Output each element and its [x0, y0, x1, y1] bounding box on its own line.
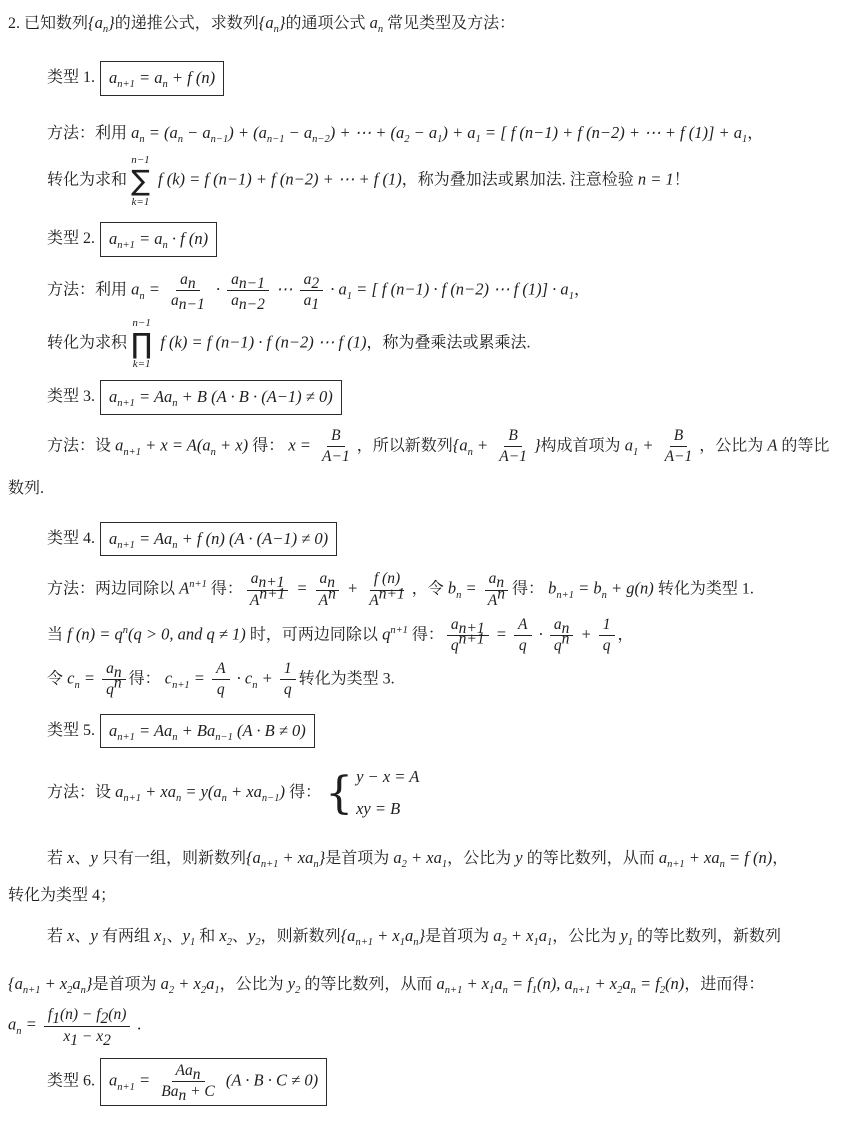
text-run: ，称为叠加法或累加法. 注意检验	[402, 172, 634, 189]
subscript: n+1	[573, 986, 591, 997]
text-run: 常见类型及方法：	[383, 15, 515, 32]
text-run: 方法：设	[47, 784, 111, 801]
math-run: (n) − f	[60, 1006, 101, 1023]
math-run: +	[473, 435, 492, 454]
math-run: + x	[590, 974, 617, 993]
type-3-method-line-1: 方法：设 an+1 + x = A(an + x) 得： x = BA−1，所以…	[8, 427, 842, 467]
fraction-denominator: An	[484, 591, 509, 610]
text-run: ，公比为	[220, 976, 284, 993]
cases-system: {y − x = Axy = B	[325, 764, 419, 823]
type-5-result-formula: an = f1(n) − f2(n)x1 − x2 .	[8, 1006, 842, 1046]
math-run: = (a	[145, 123, 178, 142]
math-run: a	[494, 974, 502, 993]
type-1-method-line-2: 转化为求和n−1∑k=1 f (k) = f (n−1) + f (n−2) +…	[8, 154, 842, 208]
math-run: · c	[233, 668, 253, 687]
text-run: 的等比数列，从而	[300, 976, 432, 993]
text-run: 的递推公式，求数列	[115, 15, 259, 32]
math-run: = [ f (n−1) + f (n−2) + ⋯ + f (1)] + a	[481, 123, 742, 142]
math-run: 1	[284, 660, 292, 677]
math-run: (q > 0, and q ≠ 1)	[128, 625, 250, 644]
text-run: 类型 6.	[47, 1073, 95, 1090]
text-run: 、	[74, 850, 90, 867]
subscript: n+1	[117, 1082, 135, 1093]
boxed-formula: an+1 = Aan + B (A · B · (A−1) ≠ 0)	[100, 380, 342, 415]
text-run: 是首项为	[325, 850, 389, 867]
text-run: 方法：两边同除以	[47, 581, 175, 598]
math-run: +	[343, 579, 362, 598]
text-run: 若	[47, 928, 63, 945]
text-run: 、	[167, 928, 183, 945]
text-run: 类型 2.	[47, 230, 95, 247]
type-3-heading: 类型 3.an+1 = Aan + B (A · B · (A−1) ≠ 0)	[8, 380, 842, 415]
type-2-method-line-2: 转化为求积n−1∏k=1 f (k) = f (n−1) · f (n−2) ⋯…	[8, 317, 842, 371]
math-run: ⋯	[272, 279, 297, 298]
math-run: =	[80, 668, 99, 687]
math-run: A−1	[322, 448, 350, 465]
math-run: a	[622, 974, 630, 993]
math-run: =	[135, 1071, 154, 1090]
fraction-numerator: a2	[300, 271, 324, 291]
cases-row: y − x = A	[356, 764, 419, 791]
math-run: A	[763, 435, 781, 454]
subscript: n+1	[667, 859, 685, 870]
boxed-formula: an+1 = Aan + f (n) (A · (A−1) ≠ 0)	[100, 522, 337, 557]
math-run: B	[508, 427, 517, 444]
math-run: q	[519, 637, 527, 654]
text-run: 2. 已知数列	[8, 15, 88, 32]
math-run: + x	[174, 974, 201, 993]
fraction-denominator: a1	[300, 291, 324, 310]
subscript: n+1	[445, 986, 463, 997]
math-run: A−1	[665, 448, 693, 465]
math-run: y	[90, 926, 101, 945]
subscript: n+1	[261, 859, 279, 870]
type-5-method-line-1: 方法：设 an+1 + xan = y(an + xan−1) 得：{y − x…	[8, 764, 842, 823]
math-run: y	[183, 926, 190, 945]
superscript: n+1	[459, 631, 485, 648]
subscript: n+1	[556, 590, 574, 601]
superscript: n+1	[189, 580, 207, 591]
math-run: = Aa	[135, 529, 172, 548]
fraction: an−1an−2	[227, 271, 269, 311]
math-run: a	[127, 279, 139, 298]
fraction-numerator: f1(n) − f2(n)	[44, 1006, 130, 1026]
text-run: ，	[618, 627, 634, 644]
subscript: n+1	[117, 398, 135, 409]
text-run: 时，可两边同除以	[250, 627, 378, 644]
fraction-denominator: Ban + C	[157, 1082, 219, 1101]
math-run: − a	[284, 123, 312, 142]
text-run: 的等比	[781, 437, 829, 454]
math-run: y	[90, 848, 101, 867]
fraction-numerator: an−1	[227, 271, 269, 291]
fraction: anqn	[102, 660, 126, 700]
math-run: y	[616, 926, 627, 945]
text-run: 转化为类型 1.	[658, 581, 754, 598]
math-run: +	[638, 435, 657, 454]
text-run: 是首项为	[425, 928, 489, 945]
math-run: + f (n) (A · (A−1) ≠ 0)	[178, 529, 329, 548]
text-run: 得：	[252, 437, 284, 454]
fraction: anAn	[315, 570, 340, 610]
fraction: Aq	[514, 616, 531, 656]
math-run: A	[216, 660, 225, 677]
text-run: 得：	[408, 627, 444, 644]
math-run: a	[405, 926, 413, 945]
math-run: q	[217, 681, 225, 698]
fraction-numerator: an	[176, 271, 200, 291]
math-run: =	[190, 668, 209, 687]
subscript: 1	[311, 296, 319, 313]
math-run: y	[284, 974, 295, 993]
math-run: · a	[326, 279, 347, 298]
boxed-formula: an+1 = Aan + Ban−1 (A · B ≠ 0)	[100, 714, 315, 749]
math-run: B	[674, 427, 683, 444]
math-run: A−1	[499, 448, 527, 465]
math-run: − a	[183, 123, 211, 142]
fraction: AanBan + C	[157, 1062, 219, 1102]
math-run: {a	[8, 974, 23, 993]
type-4-heading: 类型 4.an+1 = Aan + f (n) (A · (A−1) ≠ 0)	[8, 522, 842, 557]
math-run: a	[231, 292, 239, 309]
math-run: a	[8, 1015, 16, 1034]
math-run: x =	[284, 435, 315, 454]
text-run: 的等比数列，新数列	[633, 928, 781, 945]
math-run: a	[111, 435, 123, 454]
math-run: x	[63, 926, 74, 945]
text-run: 类型 4.	[47, 530, 95, 547]
superscript: n	[562, 631, 570, 648]
math-run: = a	[135, 68, 163, 87]
math-run: A	[518, 616, 527, 633]
math-run: a	[451, 616, 459, 633]
math-run: A	[319, 592, 328, 609]
math-run: f (k) = f (n−1) + f (n−2) + ⋯ + f (1)	[154, 170, 402, 189]
math-run: B	[331, 427, 340, 444]
math-run: = a	[135, 229, 163, 248]
text-run: 只有一组，则新数列	[102, 850, 246, 867]
math-run: a	[489, 926, 501, 945]
math-run: = y(a	[181, 782, 221, 801]
math-run: {a	[453, 435, 468, 454]
superscript: n+1	[379, 585, 405, 602]
subscript: n−1	[262, 794, 280, 805]
math-run: (n), a	[537, 974, 573, 993]
math-run: x	[215, 926, 226, 945]
math-run: ) + a	[442, 123, 475, 142]
fraction-denominator: an−2	[227, 291, 269, 310]
operator-lower-limit: k=1	[132, 196, 150, 208]
math-run: a	[432, 974, 444, 993]
type-2-heading: 类型 2.an+1 = an · f (n)	[8, 222, 842, 257]
cases-row: xy = B	[356, 796, 419, 823]
fraction-numerator: 1	[280, 660, 296, 680]
fraction: BA−1	[318, 427, 354, 467]
type-5-case-two-line-2: {an+1 + x2an}是首项为 a2 + x2a1，公比为 y2 的等比数列…	[8, 971, 842, 998]
text-run: ，则新数列	[261, 928, 341, 945]
math-run: =	[22, 1015, 41, 1034]
cases-rows: y − x = Axy = B	[356, 764, 419, 823]
text-run: 类型 5.	[47, 722, 95, 739]
fraction-denominator: q	[515, 636, 531, 655]
text-run: 转化为类型 3.	[299, 670, 395, 687]
fraction: a2a1	[300, 271, 324, 311]
text-run: 方法：利用	[47, 125, 127, 142]
math-run: A	[488, 592, 497, 609]
math-run: q	[378, 625, 390, 644]
text-run: 得：	[129, 670, 161, 687]
math-run: + xa	[407, 848, 442, 867]
math-run: + x	[40, 974, 67, 993]
text-run: 若	[47, 850, 63, 867]
math-run: = f	[636, 974, 660, 993]
math-run: a	[72, 974, 80, 993]
subscript: n	[188, 275, 196, 292]
fraction-denominator: An+1	[246, 591, 289, 610]
fraction: an+1qn+1	[447, 616, 489, 656]
fraction: BA−1	[495, 427, 531, 467]
math-run: y	[511, 848, 527, 867]
math-run: 1	[603, 616, 611, 633]
type-5-case-two-line-1: 若 x、y 有两组 x1、y1 和 x2、y2，则新数列{an+1 + x1an…	[8, 923, 842, 950]
math-run: = [ f (n−1) · f (n−2) ⋯ f (1)] · a	[352, 279, 569, 298]
boxed-formula: an+1 = an · f (n)	[100, 222, 217, 257]
fraction: anAn	[484, 570, 509, 610]
fraction-denominator: A−1	[661, 447, 697, 466]
product-operator: n−1∏k=1	[131, 317, 152, 371]
math-run: ·	[535, 625, 547, 644]
math-run: }	[86, 974, 93, 993]
subscript: n+1	[117, 540, 135, 551]
math-run: f (k) = f (n−1) · f (n−2) ⋯ f (1)	[156, 332, 366, 351]
math-run: =	[461, 579, 480, 598]
math-run: ·	[212, 279, 224, 298]
fraction: f (n)An+1	[365, 570, 408, 610]
math-run: − a	[409, 123, 437, 142]
subscript: 1	[52, 1010, 60, 1027]
math-run: A	[369, 592, 378, 609]
subscript: n−2	[239, 296, 265, 313]
fraction: anan−1	[167, 271, 209, 311]
math-run: {a	[341, 926, 356, 945]
math-run: a	[180, 271, 188, 288]
math-run: · f (n)	[168, 229, 208, 248]
text-run: ，令	[412, 581, 444, 598]
math-run: n	[634, 170, 646, 189]
math-run: }	[108, 13, 115, 32]
math-run: q	[106, 681, 114, 698]
math-run: b	[544, 579, 556, 598]
math-run: a	[389, 848, 401, 867]
math-run: =	[292, 579, 311, 598]
subscript: n+1	[23, 986, 41, 997]
text-run: ！	[674, 172, 690, 189]
text-run: 有两组	[102, 928, 150, 945]
math-run: Aa	[176, 1062, 193, 1079]
math-run: a	[106, 660, 114, 677]
math-run: q	[451, 637, 459, 654]
text-run: 类型 1.	[47, 69, 95, 86]
boxed-formula: an+1 = AanBan + C (A · B · C ≠ 0)	[100, 1058, 327, 1106]
subscript: n	[193, 1066, 201, 1083]
type-1-heading: 类型 1.an+1 = an + f (n)	[8, 61, 842, 96]
math-run: a	[171, 292, 179, 309]
math-run: {a	[259, 13, 274, 32]
text-run: ，进而得：	[684, 976, 764, 993]
math-run: a	[655, 848, 667, 867]
math-run: = Aa	[135, 721, 172, 740]
math-run: + xa	[227, 782, 262, 801]
fraction-numerator: Aan	[172, 1062, 205, 1082]
fraction-numerator: B	[670, 427, 687, 447]
fraction: anqn	[550, 616, 574, 656]
subscript: n−1	[267, 134, 285, 145]
math-run: + g(n)	[607, 579, 658, 598]
math-run: (A · B ≠ 0)	[233, 721, 306, 740]
subscript: 1	[70, 1032, 78, 1049]
math-run: = f (n)	[725, 848, 772, 867]
fraction: Aq	[212, 660, 229, 700]
math-run: ) + ⋯ + (a	[330, 123, 405, 142]
math-run: + xa	[685, 848, 720, 867]
text-run: ，公比为	[447, 850, 511, 867]
math-run: a	[554, 616, 562, 633]
subscript: n−1	[179, 296, 205, 313]
math-run: a	[539, 926, 547, 945]
math-run: xy = B	[356, 799, 400, 818]
math-run: q	[554, 637, 562, 654]
fraction-denominator: q	[280, 680, 296, 699]
fraction-denominator: q	[213, 680, 229, 699]
boxed-formula: an+1 = an + f (n)	[100, 61, 224, 96]
math-run: f (n) = q	[63, 625, 123, 644]
subscript: n−1	[239, 275, 265, 292]
type-5-case-one-line-1: 若 x、y 只有一组，则新数列{an+1 + xan}是首项为 a2 + xa1…	[8, 845, 842, 872]
text-run: 得：	[512, 581, 544, 598]
math-run: a	[231, 271, 239, 288]
text-run: 构成首项为	[541, 437, 621, 454]
subscript: 2	[103, 1032, 111, 1049]
math-run: + B (A · B · (A−1) ≠ 0)	[178, 387, 333, 406]
math-run: b	[444, 579, 456, 598]
text-run: 的通项公式	[285, 15, 365, 32]
text-run: 转化为类型 4；	[8, 887, 116, 904]
text-run: 、	[232, 928, 248, 945]
intro-line: 2. 已知数列{an}的递推公式，求数列{an}的通项公式 an 常见类型及方法…	[8, 10, 842, 37]
superscript: n+1	[390, 625, 408, 636]
text-run: ，所以新数列	[357, 437, 453, 454]
math-run: {a	[88, 13, 103, 32]
text-run: 方法：设	[47, 437, 111, 454]
text-run: 是首项为	[93, 976, 157, 993]
math-run: a	[111, 782, 123, 801]
math-run: =	[145, 279, 164, 298]
math-run: )	[279, 782, 289, 801]
type-5-case-one-line-2: 转化为类型 4；	[8, 884, 842, 909]
superscript: n	[328, 585, 336, 602]
operator-symbol: ∏	[131, 329, 152, 358]
fraction-denominator: qn+1	[447, 636, 489, 655]
math-run: ) + (a	[228, 123, 267, 142]
math-run: q	[603, 637, 611, 654]
fraction: an+1An+1	[246, 570, 289, 610]
subscript: n+1	[355, 937, 373, 948]
math-run: }	[534, 435, 541, 454]
math-run: Ba	[161, 1083, 178, 1100]
fraction-denominator: an−1	[167, 291, 209, 310]
text-run: ，	[772, 850, 788, 867]
math-run: y − x = A	[356, 767, 419, 786]
math-run: c	[161, 668, 172, 687]
math-run: q	[284, 681, 292, 698]
math-run: + C	[186, 1083, 215, 1100]
math-run: + x = A(a	[141, 435, 211, 454]
text-run: ，公比为	[699, 437, 763, 454]
subscript: n+1	[172, 680, 190, 691]
math-run: + xa	[278, 848, 313, 867]
text-run: ，公比为	[552, 928, 616, 945]
math-run: + x	[507, 926, 534, 945]
math-run: A	[175, 579, 189, 598]
math-run: (n)	[108, 1006, 126, 1023]
math-run: + x	[462, 974, 489, 993]
math-run: x	[63, 848, 74, 867]
text-run: 方法：利用	[47, 281, 127, 298]
fraction-denominator: q	[599, 636, 615, 655]
math-run: + x)	[216, 435, 252, 454]
math-run: a	[621, 435, 633, 454]
math-run: + xa	[141, 782, 176, 801]
math-run: = 1	[646, 170, 674, 189]
fraction-denominator: A−1	[495, 447, 531, 466]
math-run: (A · B · C ≠ 0)	[222, 1071, 318, 1090]
math-run: a	[157, 974, 169, 993]
fraction: f1(n) − f2(n)x1 − x2	[44, 1006, 130, 1046]
text-run: 数列.	[8, 480, 44, 497]
subscript: n+1	[117, 79, 135, 90]
operator-lower-limit: k=1	[133, 358, 151, 370]
type-4-method-line-2: 当 f (n) = qn(q > 0, and q ≠ 1) 时，可两边同除以 …	[8, 616, 842, 656]
math-run: = f	[508, 974, 532, 993]
fraction-numerator: A	[212, 660, 229, 680]
subscript: n−1	[211, 134, 229, 145]
fraction-denominator: A−1	[318, 447, 354, 466]
superscript: n	[497, 585, 505, 602]
subscript: n+1	[117, 732, 135, 743]
fraction-denominator: x1 − x2	[59, 1027, 114, 1046]
subscript: 2	[311, 275, 319, 292]
math-run: A	[250, 592, 259, 609]
fraction-denominator: qn	[102, 680, 126, 699]
fraction-numerator: B	[504, 427, 521, 447]
text-run: 、	[74, 928, 90, 945]
text-run: 和	[195, 928, 215, 945]
text-run: ，称为叠乘法或累乘法.	[367, 334, 531, 351]
type-4-method-line-3: 令 cn = anqn得： cn+1 = Aq · cn + 1q转化为类型 3…	[8, 660, 842, 700]
text-run: ，	[747, 125, 763, 142]
superscript: n+1	[259, 585, 285, 602]
math-run: + Ba	[178, 721, 216, 740]
type-5-heading: 类型 5.an+1 = Aan + Ban−1 (A · B ≠ 0)	[8, 714, 842, 749]
subscript: n+1	[123, 794, 141, 805]
math-run: .	[133, 1015, 141, 1034]
math-run: + x	[373, 926, 400, 945]
type-4-method-line-1: 方法：两边同除以 An+1 得：an+1An+1 = anAn + f (n)A…	[8, 570, 842, 610]
text-run: 转化为求积	[47, 334, 127, 351]
subscript: n−1	[215, 732, 233, 743]
text-run: 转化为求和	[47, 172, 127, 189]
fraction-numerator: B	[327, 427, 344, 447]
